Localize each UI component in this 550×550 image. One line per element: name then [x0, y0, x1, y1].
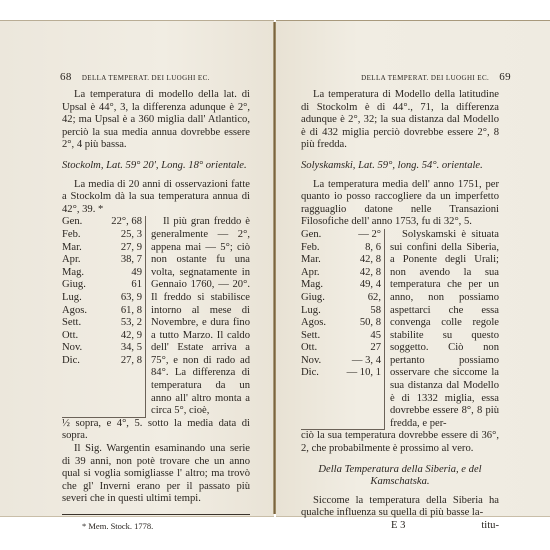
left-page: 68 DELLA TEMPERAT. DEI LUOGHI ec. La tem… — [0, 20, 274, 517]
right-page: DELLA TEMPERAT. DEI LUOGHI ec. 69 La tem… — [276, 20, 550, 517]
table-row: Feb.25, 3 — [62, 229, 142, 242]
value-cell: 42, 8 — [339, 267, 381, 280]
value-cell: 63, 9 — [100, 292, 142, 305]
value-cell: 62, — [339, 292, 381, 305]
catchword: titu- — [481, 520, 499, 533]
right-page-body: La temperatura di Modello della latitudi… — [301, 89, 499, 533]
table-row: Apr.38, 7 — [62, 254, 142, 267]
value-cell: 49 — [100, 267, 142, 280]
table-row: Nov.34, 5 — [62, 342, 142, 355]
month-cell: Sett. — [62, 317, 100, 330]
paragraph: Il Sig. Wargentin esaminando una serie d… — [62, 443, 250, 506]
table-row: Mar.27, 9 — [62, 242, 142, 255]
month-cell: Feb. — [301, 242, 339, 255]
open-book: 68 DELLA TEMPERAT. DEI LUOGHI ec. La tem… — [0, 20, 550, 515]
month-cell: Mag. — [301, 279, 339, 292]
month-cell: Gen. — [301, 229, 339, 242]
table-side-text: Il più gran freddo è generalmente — 2°, … — [151, 216, 250, 418]
left-running-header: 68 DELLA TEMPERAT. DEI LUOGHI ec. — [60, 71, 250, 83]
table-row: Apr.42, 8 — [301, 267, 381, 280]
paragraph: La temperatura di Modello della latitudi… — [301, 89, 499, 152]
month-cell: Mar. — [62, 242, 100, 255]
paragraph: La temperatura media dell' anno 1751, pe… — [301, 179, 499, 229]
section-subheading: Stockolm, Lat. 59° 20', Long. 18° orient… — [62, 160, 250, 173]
temperature-table-block: Gen.— 2° Feb.8, 6 Mar.42, 8 Apr.42, 8 Ma… — [301, 229, 499, 431]
table-row: Agos.50, 8 — [301, 317, 381, 330]
value-cell: 53, 2 — [100, 317, 142, 330]
value-cell: — 3, 4 — [339, 355, 381, 368]
table-row: Lug.63, 9 — [62, 292, 142, 305]
value-cell: 27 — [339, 342, 381, 355]
table-row: Feb.8, 6 — [301, 242, 381, 255]
table-row: Ott.42, 9 — [62, 330, 142, 343]
value-cell: 27, 8 — [100, 355, 142, 368]
month-cell: Agos. — [301, 317, 339, 330]
paragraph: La temperatura di modello della lat. di … — [62, 89, 250, 152]
month-cell: Feb. — [62, 229, 100, 242]
month-cell: Sett. — [301, 330, 339, 343]
month-cell: Apr. — [301, 267, 339, 280]
temperature-table-block: Gen.22°, 68 Feb.25, 3 Mar.27, 9 Apr.38, … — [62, 216, 250, 418]
table-row: Lug.58 — [301, 305, 381, 318]
table-row: Giug.61 — [62, 279, 142, 292]
footnote-divider — [62, 514, 250, 515]
table-row: Gen.22°, 68 — [62, 216, 142, 229]
table-side-text: Solyskamski è situata sui confini della … — [390, 229, 499, 431]
value-cell: 61, 8 — [100, 305, 142, 318]
value-cell: 34, 5 — [100, 342, 142, 355]
table-row: Giug.62, — [301, 292, 381, 305]
value-cell: 42, 9 — [100, 330, 142, 343]
month-cell: Nov. — [301, 355, 339, 368]
month-cell: Giug. — [301, 292, 339, 305]
table-row: Dic.— 10, 1 — [301, 367, 381, 380]
table-row: Dic.27, 8 — [62, 355, 142, 368]
running-head: DELLA TEMPERAT. DEI LUOGHI ec. — [82, 74, 210, 82]
month-cell: Giug. — [62, 279, 100, 292]
value-cell: 50, 8 — [339, 317, 381, 330]
signature-mark: E 3 — [391, 520, 405, 533]
page-number: 69 — [499, 71, 511, 83]
footnote: * Mem. Stock. 1778. — [62, 520, 250, 533]
month-cell: Dic. — [62, 355, 100, 368]
month-cell: Gen. — [62, 216, 100, 229]
table-row: Agos.61, 8 — [62, 305, 142, 318]
table-row: Mag.49 — [62, 267, 142, 280]
value-cell: 58 — [339, 305, 381, 318]
paragraph: ½ sopra, e 4°, 5. sotto la media data di… — [62, 418, 250, 443]
month-cell: Lug. — [62, 292, 100, 305]
table-row: Sett.45 — [301, 330, 381, 343]
month-cell: Apr. — [62, 254, 100, 267]
value-cell: 22°, 68 — [100, 216, 142, 229]
value-cell: 38, 7 — [100, 254, 142, 267]
value-cell: 27, 9 — [100, 242, 142, 255]
section-title: Della Temperatura della Siberia, e del K… — [313, 464, 487, 489]
section-subheading: Solyskamski, Lat. 59°, long. 54°. orient… — [301, 160, 499, 173]
month-cell: Mag. — [62, 267, 100, 280]
month-cell: Lug. — [301, 305, 339, 318]
month-cell: Ott. — [62, 330, 100, 343]
table-row: Nov.— 3, 4 — [301, 355, 381, 368]
month-cell: Dic. — [301, 367, 339, 380]
left-page-body: La temperatura di modello della lat. di … — [62, 89, 250, 533]
table-row: Ott.27 — [301, 342, 381, 355]
monthly-temperature-table: Gen.— 2° Feb.8, 6 Mar.42, 8 Apr.42, 8 Ma… — [301, 229, 385, 431]
table-row: Mar.42, 8 — [301, 254, 381, 267]
month-cell: Agos. — [62, 305, 100, 318]
value-cell: — 2° — [339, 229, 381, 242]
table-row: Mag.49, 4 — [301, 279, 381, 292]
page-number: 68 — [60, 71, 72, 83]
value-cell: 8, 6 — [339, 242, 381, 255]
signature-line: E 3 titu- — [301, 520, 499, 533]
value-cell: 61 — [100, 279, 142, 292]
value-cell: — 10, 1 — [339, 367, 381, 380]
monthly-temperature-table: Gen.22°, 68 Feb.25, 3 Mar.27, 9 Apr.38, … — [62, 216, 146, 418]
paragraph: Siccome la temperatura della Siberia ha … — [301, 495, 499, 520]
right-running-header: DELLA TEMPERAT. DEI LUOGHI ec. 69 — [336, 71, 511, 83]
month-cell: Ott. — [301, 342, 339, 355]
month-cell: Mar. — [301, 254, 339, 267]
value-cell: 45 — [339, 330, 381, 343]
running-head: DELLA TEMPERAT. DEI LUOGHI ec. — [361, 74, 489, 82]
value-cell: 49, 4 — [339, 279, 381, 292]
table-row: Gen.— 2° — [301, 229, 381, 242]
paragraph: La media di 20 anni di osservazioni fatt… — [62, 179, 250, 217]
value-cell: 42, 8 — [339, 254, 381, 267]
month-cell: Nov. — [62, 342, 100, 355]
table-row: Sett.53, 2 — [62, 317, 142, 330]
value-cell: 25, 3 — [100, 229, 142, 242]
paragraph: ciò la sua temperatura dovrebbe essere d… — [301, 430, 499, 455]
